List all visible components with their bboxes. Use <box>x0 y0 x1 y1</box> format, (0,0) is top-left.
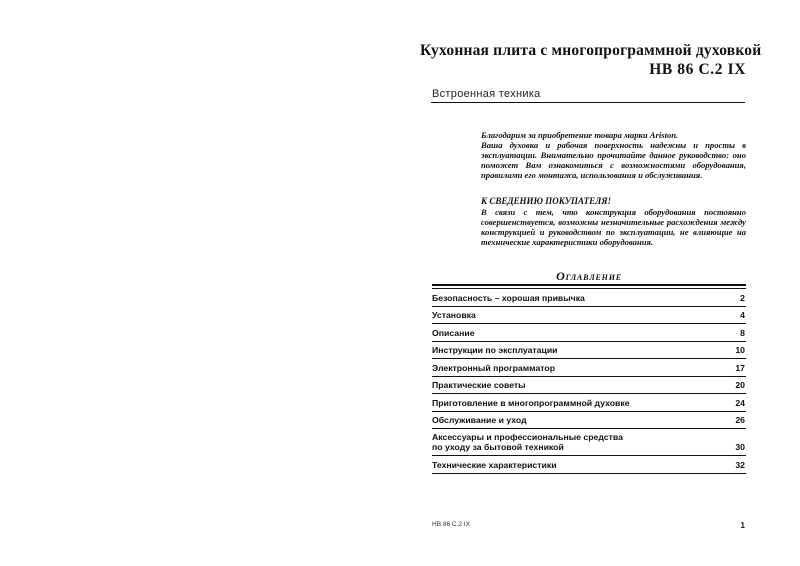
toc-entry-label: Электронный программатор <box>432 363 555 373</box>
toc-entry-page: 2 <box>740 293 746 303</box>
toc-entry-label: Обслуживание и уход <box>432 415 527 425</box>
model-number: HB 86 C.2 IX <box>420 60 746 79</box>
toc-entry[interactable]: Установка4 <box>432 307 746 325</box>
toc-entry[interactable]: Практические советы20 <box>432 377 746 395</box>
toc-entry-page: 8 <box>740 328 746 338</box>
toc-entry-label: Установка <box>432 310 476 320</box>
toc-entry-page: 20 <box>735 380 746 390</box>
toc-entry-label: Практические советы <box>432 380 526 390</box>
toc-entry[interactable]: Безопасность – хорошая привычка2 <box>432 289 746 307</box>
toc-entry-page: 30 <box>735 442 746 452</box>
toc-entry-page: 26 <box>735 415 746 425</box>
intro-body: Ваша духовка и рабочая поверхность надеж… <box>481 141 746 181</box>
toc-entry[interactable]: Инструкции по эксплуатации10 <box>432 342 746 360</box>
subtitle-divider <box>431 102 745 103</box>
notice-text: В связи с тем, что конструкция оборудова… <box>481 208 746 248</box>
toc-entry-label: Описание <box>432 328 475 338</box>
section-subtitle: Встроенная техника <box>432 88 541 100</box>
intro-paragraph: Благодарим за приобретение товара марки … <box>481 131 746 181</box>
toc-entry-page: 10 <box>735 345 746 355</box>
toc-entry[interactable]: Электронный программатор17 <box>432 359 746 377</box>
toc-entry[interactable]: Аксессуары и профессиональные средства п… <box>432 429 746 456</box>
toc-entry-label: Безопасность – хорошая привычка <box>432 293 585 303</box>
toc-entry[interactable]: Обслуживание и уход26 <box>432 412 746 430</box>
toc-title: Оглавление <box>432 269 746 283</box>
toc-entry-page: 24 <box>735 398 746 408</box>
toc-entry-label: Аксессуары и профессиональные средства п… <box>432 432 623 452</box>
toc-entry-page: 4 <box>740 310 746 320</box>
table-of-contents: Безопасность – хорошая привычка2Установк… <box>432 289 746 474</box>
toc-entry[interactable]: Описание8 <box>432 324 746 342</box>
toc-entry-page: 17 <box>735 363 746 373</box>
buyer-notice: К СВЕДЕНИЮ ПОКУПАТЕЛЯ! В связи с тем, чт… <box>481 197 746 248</box>
toc-entry[interactable]: Приготовление в многопрограммной духовке… <box>432 394 746 412</box>
toc-entry[interactable]: Технические характеристики32 <box>432 456 746 474</box>
toc-entry-page: 32 <box>735 460 746 470</box>
page-number: 1 <box>730 521 745 530</box>
document-page: Кухонная плита с многопрограммной духовк… <box>0 0 800 566</box>
toc-entry-label: Инструкции по эксплуатации <box>432 345 558 355</box>
toc-top-rule <box>432 284 746 286</box>
document-title: Кухонная плита с многопрограммной духовк… <box>420 41 746 60</box>
notice-heading: К СВЕДЕНИЮ ПОКУПАТЕЛЯ! <box>481 197 746 207</box>
footer-model: HB 86 C.2 IX <box>432 521 470 528</box>
toc-entry-label: Технические характеристики <box>432 460 557 470</box>
toc-entry-label: Приготовление в многопрограммной духовке <box>432 398 630 408</box>
